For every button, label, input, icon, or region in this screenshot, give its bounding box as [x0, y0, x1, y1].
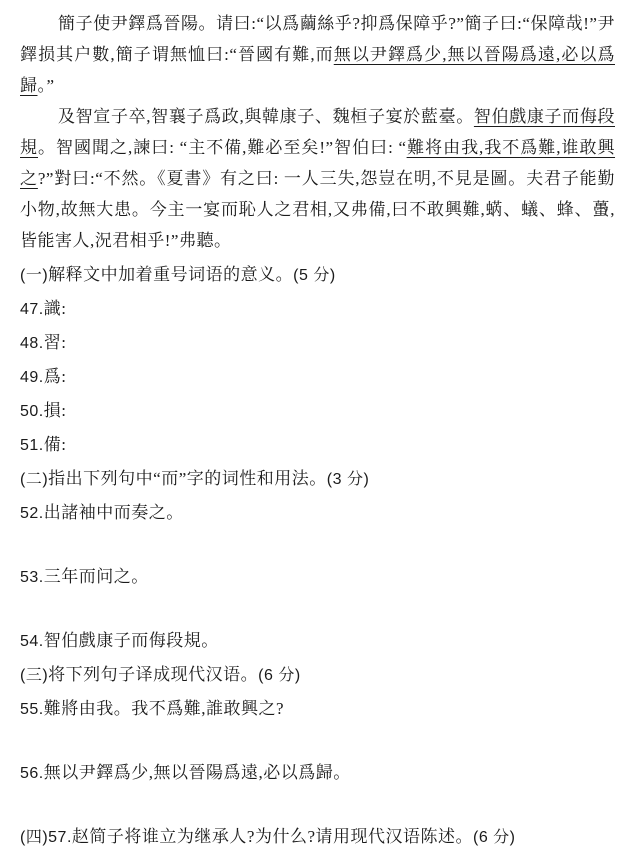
passage-text: 。”	[38, 76, 55, 95]
question-number: 50.	[20, 403, 44, 420]
question-line: 55.難將由我。我不爲難,誰敢興之?	[20, 692, 615, 726]
question-number: 52.	[20, 505, 44, 522]
section-heading: (二)指出下列句中“而”字的词性和用法。(3 分)	[20, 462, 615, 496]
section-number: (三)	[20, 667, 48, 684]
question-line: 52.出諸袖中而奏之。	[20, 496, 615, 530]
passage-text: 。智國聞之,諫曰: “主不備,難必至矣!”智伯曰: “	[38, 138, 407, 157]
question-line: 49.爲:	[20, 360, 615, 394]
question-line: 51.備:	[20, 428, 615, 462]
score-label: (6 分)	[258, 667, 301, 684]
score-label: (6 分)	[473, 829, 516, 846]
question-text: 難將由我。我不爲難,誰敢興之?	[44, 699, 284, 718]
passage-paragraph-1: 簡子使尹鐸爲晉陽。请曰:“以爲繭絲乎?抑爲保障乎?”簡子曰:“保障哉!”尹鐸损其…	[20, 8, 615, 101]
question-text: 識:	[44, 299, 67, 318]
question-text: 備:	[44, 435, 67, 454]
question-text: 爲:	[44, 367, 67, 386]
question-line: 56.無以尹鐸爲少,無以晉陽爲遠,必以爲歸。	[20, 756, 615, 790]
document-page: 簡子使尹鐸爲晉陽。请曰:“以爲繭絲乎?抑爲保障乎?”簡子曰:“保障哉!”尹鐸损其…	[0, 0, 631, 850]
question-line: 50.損:	[20, 394, 615, 428]
passage: 簡子使尹鐸爲晉陽。请曰:“以爲繭絲乎?抑爲保障乎?”簡子曰:“保障哉!”尹鐸损其…	[20, 8, 615, 256]
question-text: 智伯戲康子而侮段規。	[44, 631, 219, 650]
score-label: (5 分)	[293, 267, 336, 284]
question-text: 習:	[44, 333, 67, 352]
question-text: 三年而问之。	[44, 567, 149, 586]
passage-text: 及智宣子卒,智襄子爲政,與韓康子、魏桓子宴於藍臺。	[58, 107, 474, 126]
question-line: 47.識:	[20, 292, 615, 326]
question-number: 47.	[20, 301, 44, 318]
section-title: 指出下列句中“而”字的词性和用法。	[48, 469, 327, 488]
question-number: 48.	[20, 335, 44, 352]
section-number: (二)	[20, 471, 48, 488]
question-line: 48.習:	[20, 326, 615, 360]
question-text: 赵简子将谁立为继承人?为什么?请用现代汉语陈述。	[72, 827, 473, 846]
question-number: 54.	[20, 633, 44, 650]
question-number: 51.	[20, 437, 44, 454]
question-number: 56.	[20, 765, 44, 782]
section-number: (一)	[20, 267, 48, 284]
question-text: 損:	[44, 401, 67, 420]
section-heading: (一)解释文中加着重号词语的意义。(5 分)	[20, 258, 615, 292]
question-number: 55.	[20, 701, 44, 718]
questions: (一)解释文中加着重号词语的意义。(5 分)47.識:48.習:49.爲:50.…	[20, 258, 615, 850]
question-line: (四)57.赵简子将谁立为继承人?为什么?请用现代汉语陈述。(6 分)	[20, 820, 615, 850]
score-label: (3 分)	[327, 471, 370, 488]
question-number: 53.	[20, 569, 44, 586]
question-text: 無以尹鐸爲少,無以晉陽爲遠,必以爲歸。	[44, 763, 351, 782]
section-title: 将下列句子译成现代汉语。	[48, 665, 258, 684]
passage-text: ?”對曰:“不然。《夏書》有之曰: 一人三失,怨豈在明,不見是圖。夫君子能勤小物…	[20, 169, 615, 250]
question-line: 54.智伯戲康子而侮段規。	[20, 624, 615, 658]
question-text: 出諸袖中而奏之。	[44, 503, 184, 522]
question-number: 49.	[20, 369, 44, 386]
section-title: 解释文中加着重号词语的意义。	[48, 265, 293, 284]
passage-paragraph-2: 及智宣子卒,智襄子爲政,與韓康子、魏桓子宴於藍臺。智伯戲康子而侮段規。智國聞之,…	[20, 101, 615, 256]
section-heading: (三)将下列句子译成现代汉语。(6 分)	[20, 658, 615, 692]
question-line: 53.三年而问之。	[20, 560, 615, 594]
question-number: (四)57.	[20, 829, 72, 846]
